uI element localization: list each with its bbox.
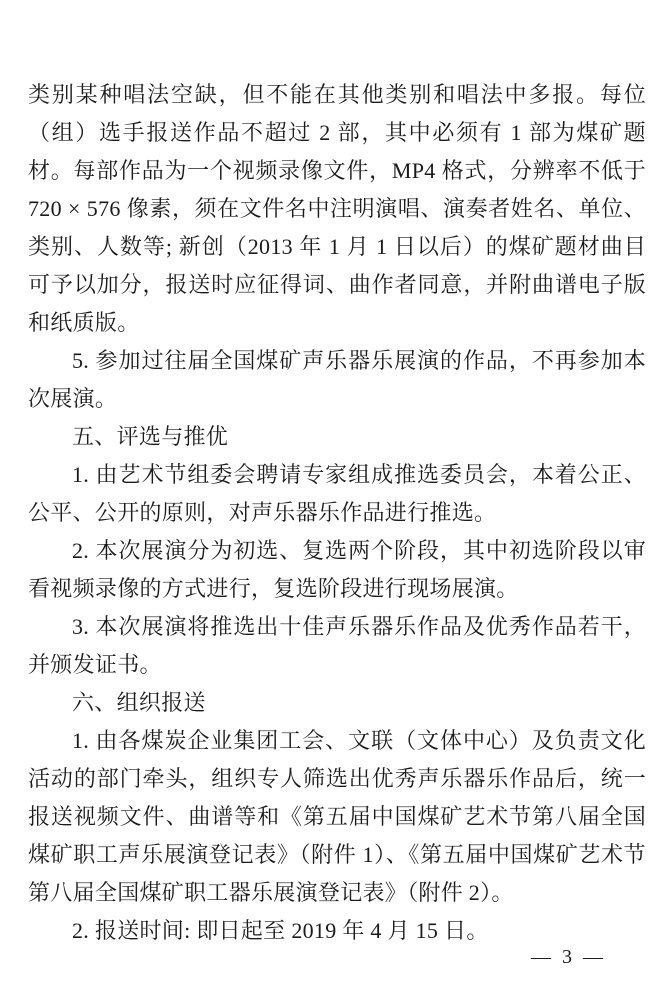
- document-page: 类别某种唱法空缺，但不能在其他类别和唱法中多报。每位（组）选手报送作品不超过 2…: [0, 0, 650, 994]
- document-body: 类别某种唱法空缺，但不能在其他类别和唱法中多报。每位（组）选手报送作品不超过 2…: [28, 76, 646, 950]
- section-heading-6-submission: 六、组织报送: [28, 684, 646, 722]
- paragraph-submission-rules-continued: 类别某种唱法空缺，但不能在其他类别和唱法中多报。每位（组）选手报送作品不超过 2…: [28, 76, 646, 342]
- paragraph-selection-item-2: 2. 本次展演分为初选、复选两个阶段，其中初选阶段以审看视频录像的方式进行，复选…: [28, 532, 646, 608]
- paragraph-submission-item-1: 1. 由各煤炭企业集团工会、文联（文体中心）及负责文化活动的部门牵头，组织专人筛…: [28, 722, 646, 912]
- paragraph-selection-item-1: 1. 由艺术节组委会聘请专家组成推选委员会，本着公正、公平、公开的原则，对声乐器…: [28, 456, 646, 532]
- paragraph-submission-item-2: 2. 报送时间: 即日起至 2019 年 4 月 15 日。: [28, 912, 646, 950]
- page-number: — 3 —: [531, 946, 606, 968]
- paragraph-item-5-previous-entries: 5. 参加过往届全国煤矿声乐器乐展演的作品，不再参加本次展演。: [28, 342, 646, 418]
- paragraph-selection-item-3: 3. 本次展演将推选出十佳声乐器乐作品及优秀作品若干，并颁发证书。: [28, 608, 646, 684]
- section-heading-5-selection: 五、评选与推优: [28, 418, 646, 456]
